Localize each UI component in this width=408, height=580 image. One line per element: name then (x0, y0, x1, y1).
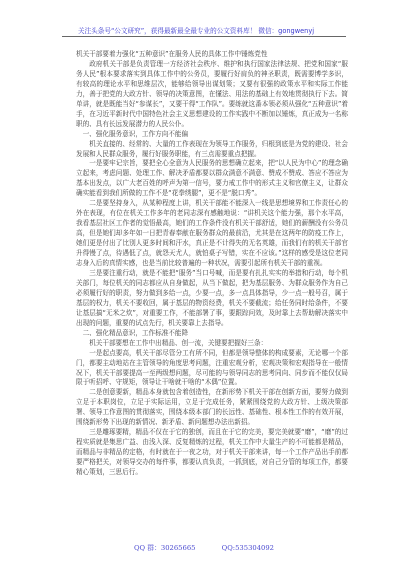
paragraph: 三是要注重行动，就是不能把“服务”当口号喊，而是要有扎扎实实的举措和行动，每个机… (76, 269, 348, 329)
paragraph: 机关直接的、经常的、大量的工作表现在为领导工作服务，归根到底是为党的建设、社会发… (76, 140, 348, 160)
qq-number: QQ:535304092 (222, 544, 274, 552)
section-heading: 一、强化服务意识，工作方向不能偏 (76, 130, 348, 140)
paragraph: 机关干部要想在工作中出精品、创一流，关键要把握好三条： (76, 339, 348, 349)
section-heading: 二、强化精品意识，工作标准不能降 (76, 329, 348, 339)
paragraph: 三是雕琢要精，精品不仅在于它的独创，而且在于它的完美，要完美就要“磨”，“磨”的… (76, 428, 348, 478)
document-title: 机关干部要着力强化“五种意识”在服务人民的具体工作中锤炼党性 (76, 50, 348, 60)
paragraph: 一是要牢记宗旨，要把全心全意为人民服务的思想确立起来，把“以人民为中心”的理念确… (76, 159, 348, 199)
paragraph: 政府机关干部是负责管理一方经济社会秩序、维护和执行国家法律法规、把党和国家“服务… (76, 60, 348, 130)
qq-group-number: QQ 群：30265665 (134, 544, 196, 552)
paragraph: 一是起点要高，机关干部尽管分工有所不同，但都是领导整体的构成要素，无论哪一个部门… (76, 349, 348, 389)
header-promo-text: 关注头条号“公文研究”，获得最新最全最专业的公文资料库！ 微信：gongweny… (78, 26, 314, 36)
page-footer: QQ 群：30265665 QQ:535304092 (0, 542, 408, 552)
document-body: 机关干部要着力强化“五种意识”在服务人民的具体工作中锤炼党性 政府机关干部是负责… (76, 50, 348, 478)
page-header: 关注头条号“公文研究”，获得最新最全最专业的公文资料库！ 微信：gongweny… (62, 26, 346, 37)
paragraph: 二是要坚持身入，从某种程度上讲，机关干部能不能深入一线是思想境界和工作责任心的外… (76, 199, 348, 269)
paragraph: 二是创意要新，精品本身就包含着创造性，在新形势下机关干部在创新方面，要努力做到立… (76, 388, 348, 428)
